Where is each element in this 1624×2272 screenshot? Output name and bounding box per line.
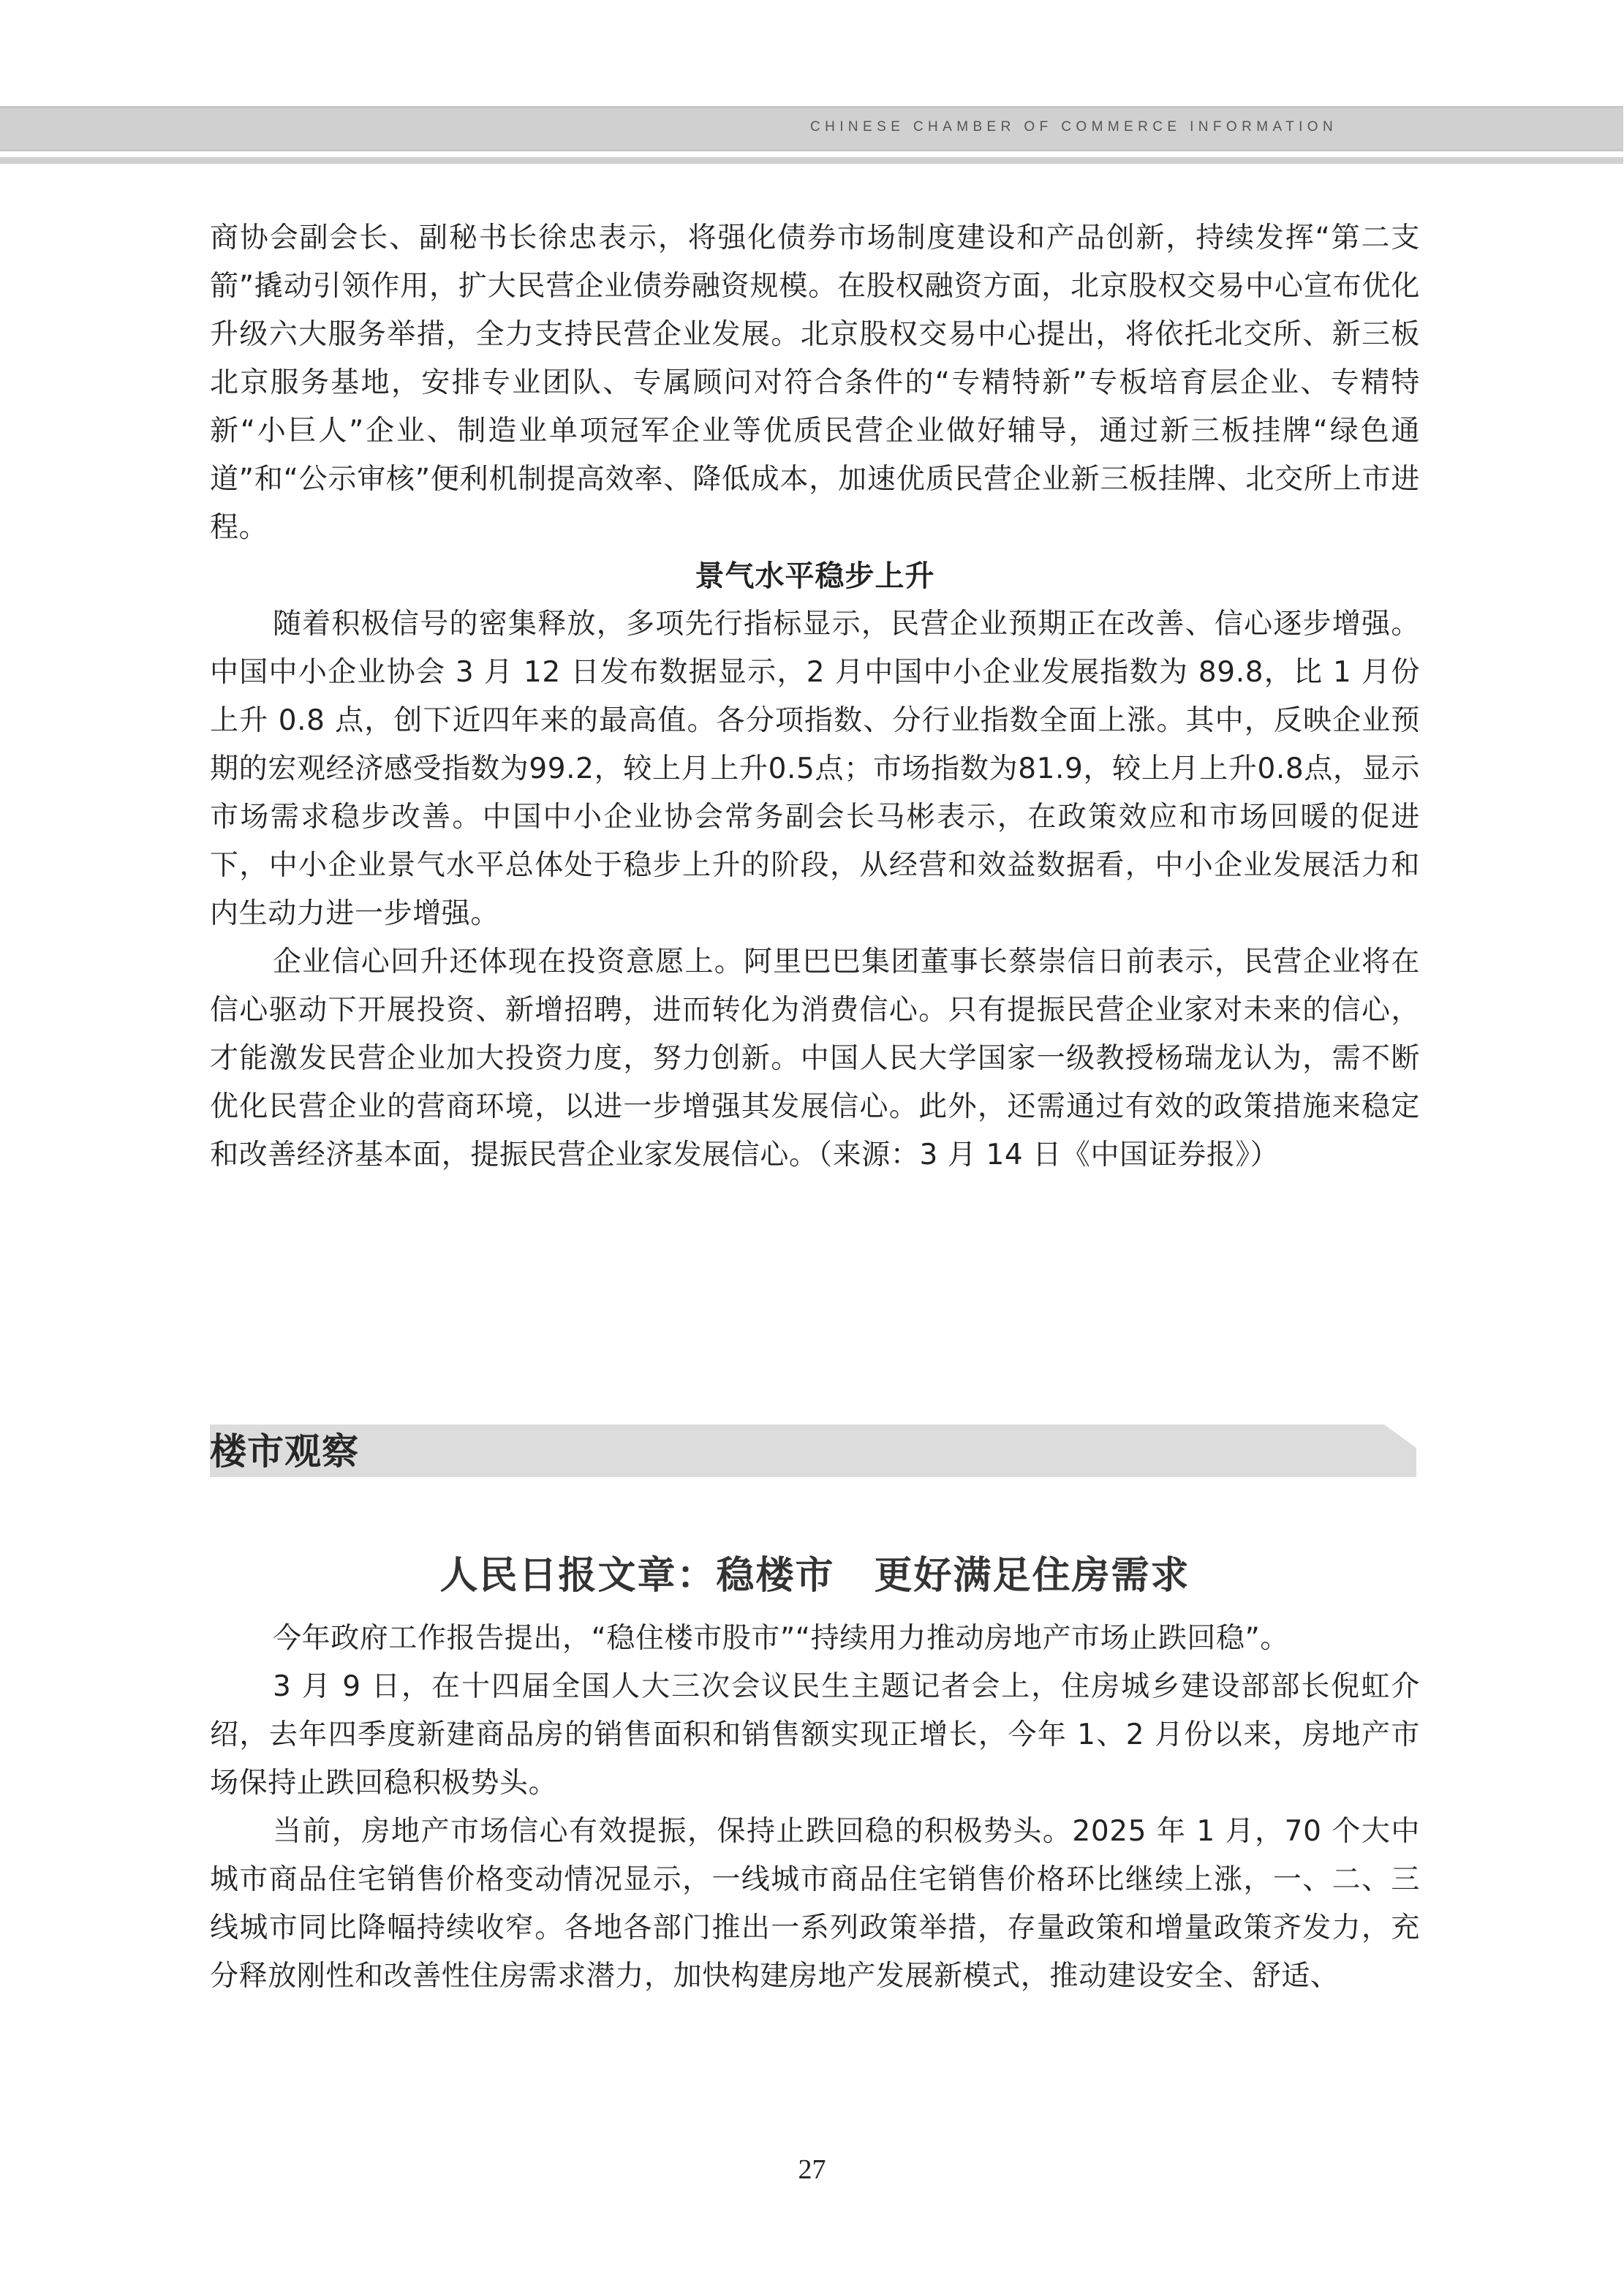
article-2-body: 今年政府工作报告提出，“稳住楼市股市”“持续用力推动房地产市场止跌回稳”。 3 … <box>210 1615 1420 2001</box>
article-title: 人民日报文章：稳楼市 更好满足住房需求 <box>210 1550 1420 1601</box>
paragraph: 随着积极信号的密集释放，多项先行指标显示，民营企业预期正在改善、信心逐步增强。中… <box>210 600 1420 938</box>
section-label: 楼市观察 <box>210 1427 359 1476</box>
section-banner <box>210 1424 1416 1477</box>
paragraph: 3 月 9 日，在十四届全国人大三次会议民生主题记者会上，住房城乡建设部部长倪虹… <box>210 1663 1420 1808</box>
subheading: 景气水平稳步上升 <box>210 552 1420 600</box>
paragraph: 今年政府工作报告提出，“稳住楼市股市”“持续用力推动房地产市场止跌回稳”。 <box>210 1615 1420 1663</box>
publication-name: CHINESE CHAMBER OF COMMERCE INFORMATION <box>810 119 1402 135</box>
paragraph: 企业信心回升还体现在投资意愿上。阿里巴巴集团董事长蔡崇信日前表示，民营企业将在信… <box>210 938 1420 1180</box>
header-stripe <box>0 157 1623 164</box>
paragraph: 当前，房地产市场信心有效提振，保持止跌回稳的积极势头。2025 年 1 月，70… <box>210 1808 1420 2001</box>
article-1-body: 商协会副会长、副秘书长徐忠表示，将强化债券市场制度建设和产品创新，持续发挥“第二… <box>210 214 1420 1180</box>
paragraph: 商协会副会长、副秘书长徐忠表示，将强化债券市场制度建设和产品创新，持续发挥“第二… <box>210 214 1420 552</box>
page-number: 27 <box>0 2154 1624 2186</box>
